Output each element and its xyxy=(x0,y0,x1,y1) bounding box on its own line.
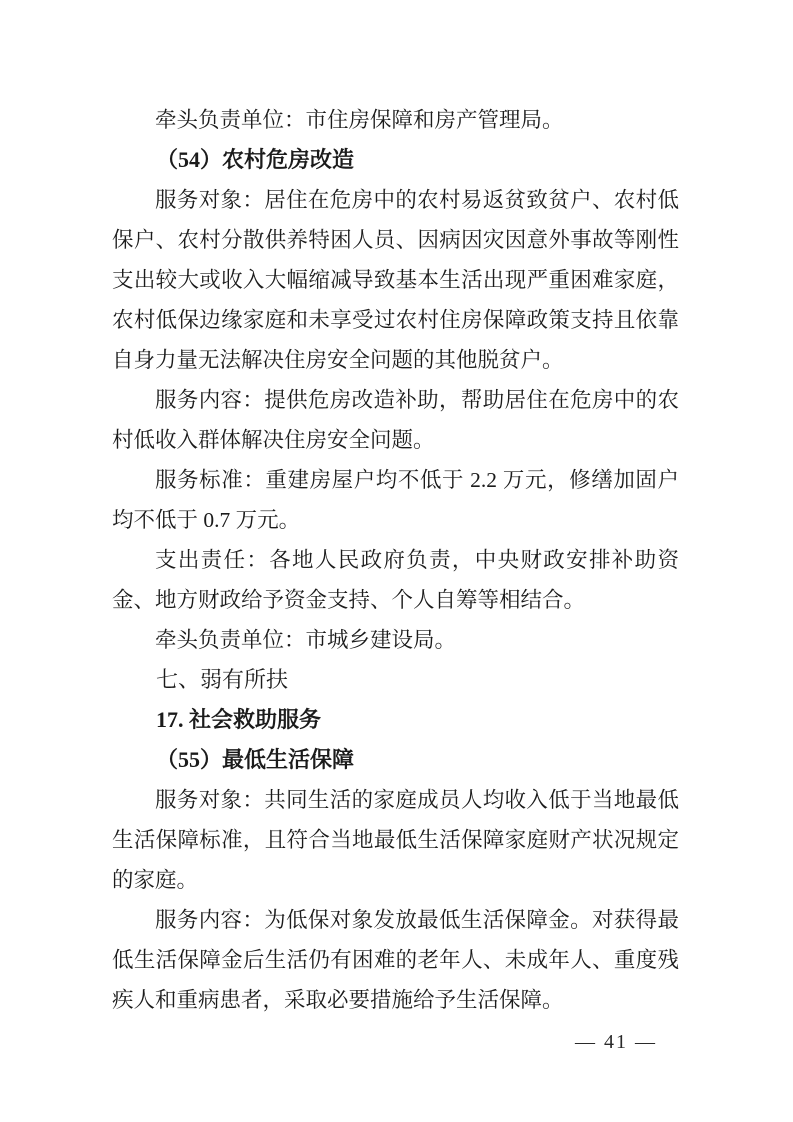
expenditure-paragraph-54: 支出责任：各地人民政府负责，中央财政安排补助资金、地方财政给予资金支持、个人自筹… xyxy=(112,540,679,620)
service-content-paragraph-54: 服务内容：提供危房改造补助，帮助居住在危房中的农村低收入群体解决住房安全问题。 xyxy=(112,380,679,460)
heading-item-54: （54）农村危房改造 xyxy=(112,140,679,180)
page-number: — 41 — xyxy=(575,1031,657,1053)
lead-unit-paragraph: 牵头负责单位：市住房保障和房产管理局。 xyxy=(112,100,679,140)
service-content-paragraph-55: 服务内容：为低保对象发放最低生活保障金。对获得最低生活保障金后生活仍有困难的老年… xyxy=(112,900,679,1020)
lead-unit-paragraph-54: 牵头负责单位：市城乡建设局。 xyxy=(112,620,679,660)
section-heading-seven: 七、弱有所扶 xyxy=(112,660,679,700)
service-standard-paragraph-54: 服务标准：重建房屋户均不低于 2.2 万元，修缮加固户均不低于 0.7 万元。 xyxy=(112,460,679,540)
heading-item-17: 17. 社会救助服务 xyxy=(112,700,679,740)
service-target-paragraph-55: 服务对象：共同生活的家庭成员人均收入低于当地最低生活保障标准，且符合当地最低生活… xyxy=(112,780,679,900)
document-page: 牵头负责单位：市住房保障和房产管理局。 （54）农村危房改造 服务对象：居住在危… xyxy=(0,0,793,1122)
service-target-paragraph-54: 服务对象：居住在危房中的农村易返贫致贫户、农村低保户、农村分散供养特困人员、因病… xyxy=(112,180,679,380)
heading-item-55: （55）最低生活保障 xyxy=(112,740,679,780)
